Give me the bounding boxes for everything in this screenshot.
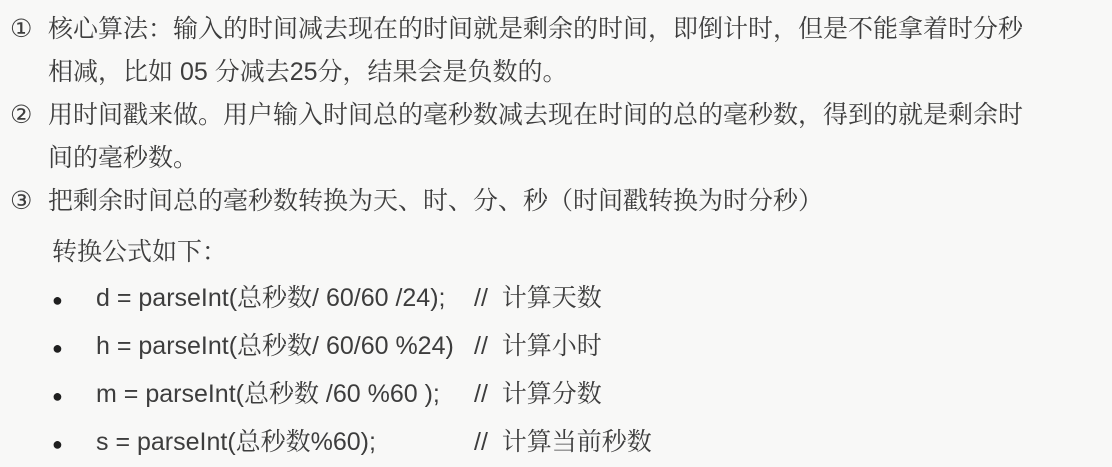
item-text-line: 核心算法：输入的时间减去现在的时间就是剩余的时间，即倒计时，但是不能拿着时分秒 — [48, 8, 1098, 51]
formula-code: h = parseInt(总秒数/ 60/60 %24) — [96, 323, 474, 369]
formula-row-hours: ● h = parseInt(总秒数/ 60/60 %24) // 计算小时 — [52, 323, 1098, 371]
bullet-icon: ● — [52, 421, 96, 467]
bullet-icon: ● — [52, 373, 96, 419]
formula-comment: // 计算分数 — [474, 371, 602, 417]
formula-section: 转换公式如下： ● d = parseInt(总秒数/ 60/60 /24); … — [52, 229, 1098, 467]
formula-code: s = parseInt(总秒数%60); — [96, 419, 474, 465]
numbered-item-1: ① 核心算法：输入的时间减去现在的时间就是剩余的时间，即倒计时，但是不能拿着时分… — [10, 8, 1098, 94]
item-marker: ① — [10, 8, 48, 51]
bullet-icon: ● — [52, 277, 96, 323]
item-marker: ② — [10, 94, 48, 137]
bullet-icon: ● — [52, 325, 96, 371]
item-text-line: 把剩余时间总的毫秒数转换为天、时、分、秒（时间戳转换为时分秒） — [48, 180, 1098, 223]
formula-comment: // 计算天数 — [474, 275, 602, 321]
item-text: 用时间戳来做。用户输入时间总的毫秒数减去现在时间的总的毫秒数，得到的就是剩余时 … — [48, 94, 1098, 180]
formula-comment: // 计算小时 — [474, 323, 602, 369]
item-text-line: 相减，比如 05 分减去25分，结果会是负数的。 — [48, 51, 1098, 94]
formula-comment: // 计算当前秒数 — [474, 419, 652, 465]
formula-row-minutes: ● m = parseInt(总秒数 /60 %60 ); // 计算分数 — [52, 371, 1098, 419]
item-marker: ③ — [10, 180, 48, 223]
item-text: 把剩余时间总的毫秒数转换为天、时、分、秒（时间戳转换为时分秒） — [48, 180, 1098, 223]
numbered-item-3: ③ 把剩余时间总的毫秒数转换为天、时、分、秒（时间戳转换为时分秒） — [10, 180, 1098, 223]
formula-code: m = parseInt(总秒数 /60 %60 ); — [96, 371, 474, 417]
item-text-line: 间的毫秒数。 — [48, 137, 1098, 180]
numbered-item-2: ② 用时间戳来做。用户输入时间总的毫秒数减去现在时间的总的毫秒数，得到的就是剩余… — [10, 94, 1098, 180]
item-text-line: 用时间戳来做。用户输入时间总的毫秒数减去现在时间的总的毫秒数，得到的就是剩余时 — [48, 94, 1098, 137]
formula-row-days: ● d = parseInt(总秒数/ 60/60 /24); // 计算天数 — [52, 275, 1098, 323]
formula-code: d = parseInt(总秒数/ 60/60 /24); — [96, 275, 474, 321]
notes-document: ① 核心算法：输入的时间减去现在的时间就是剩余的时间，即倒计时，但是不能拿着时分… — [0, 0, 1112, 467]
formula-row-seconds: ● s = parseInt(总秒数%60); // 计算当前秒数 — [52, 419, 1098, 467]
item-text: 核心算法：输入的时间减去现在的时间就是剩余的时间，即倒计时，但是不能拿着时分秒 … — [48, 8, 1098, 94]
formula-intro: 转换公式如下： — [52, 229, 1098, 275]
